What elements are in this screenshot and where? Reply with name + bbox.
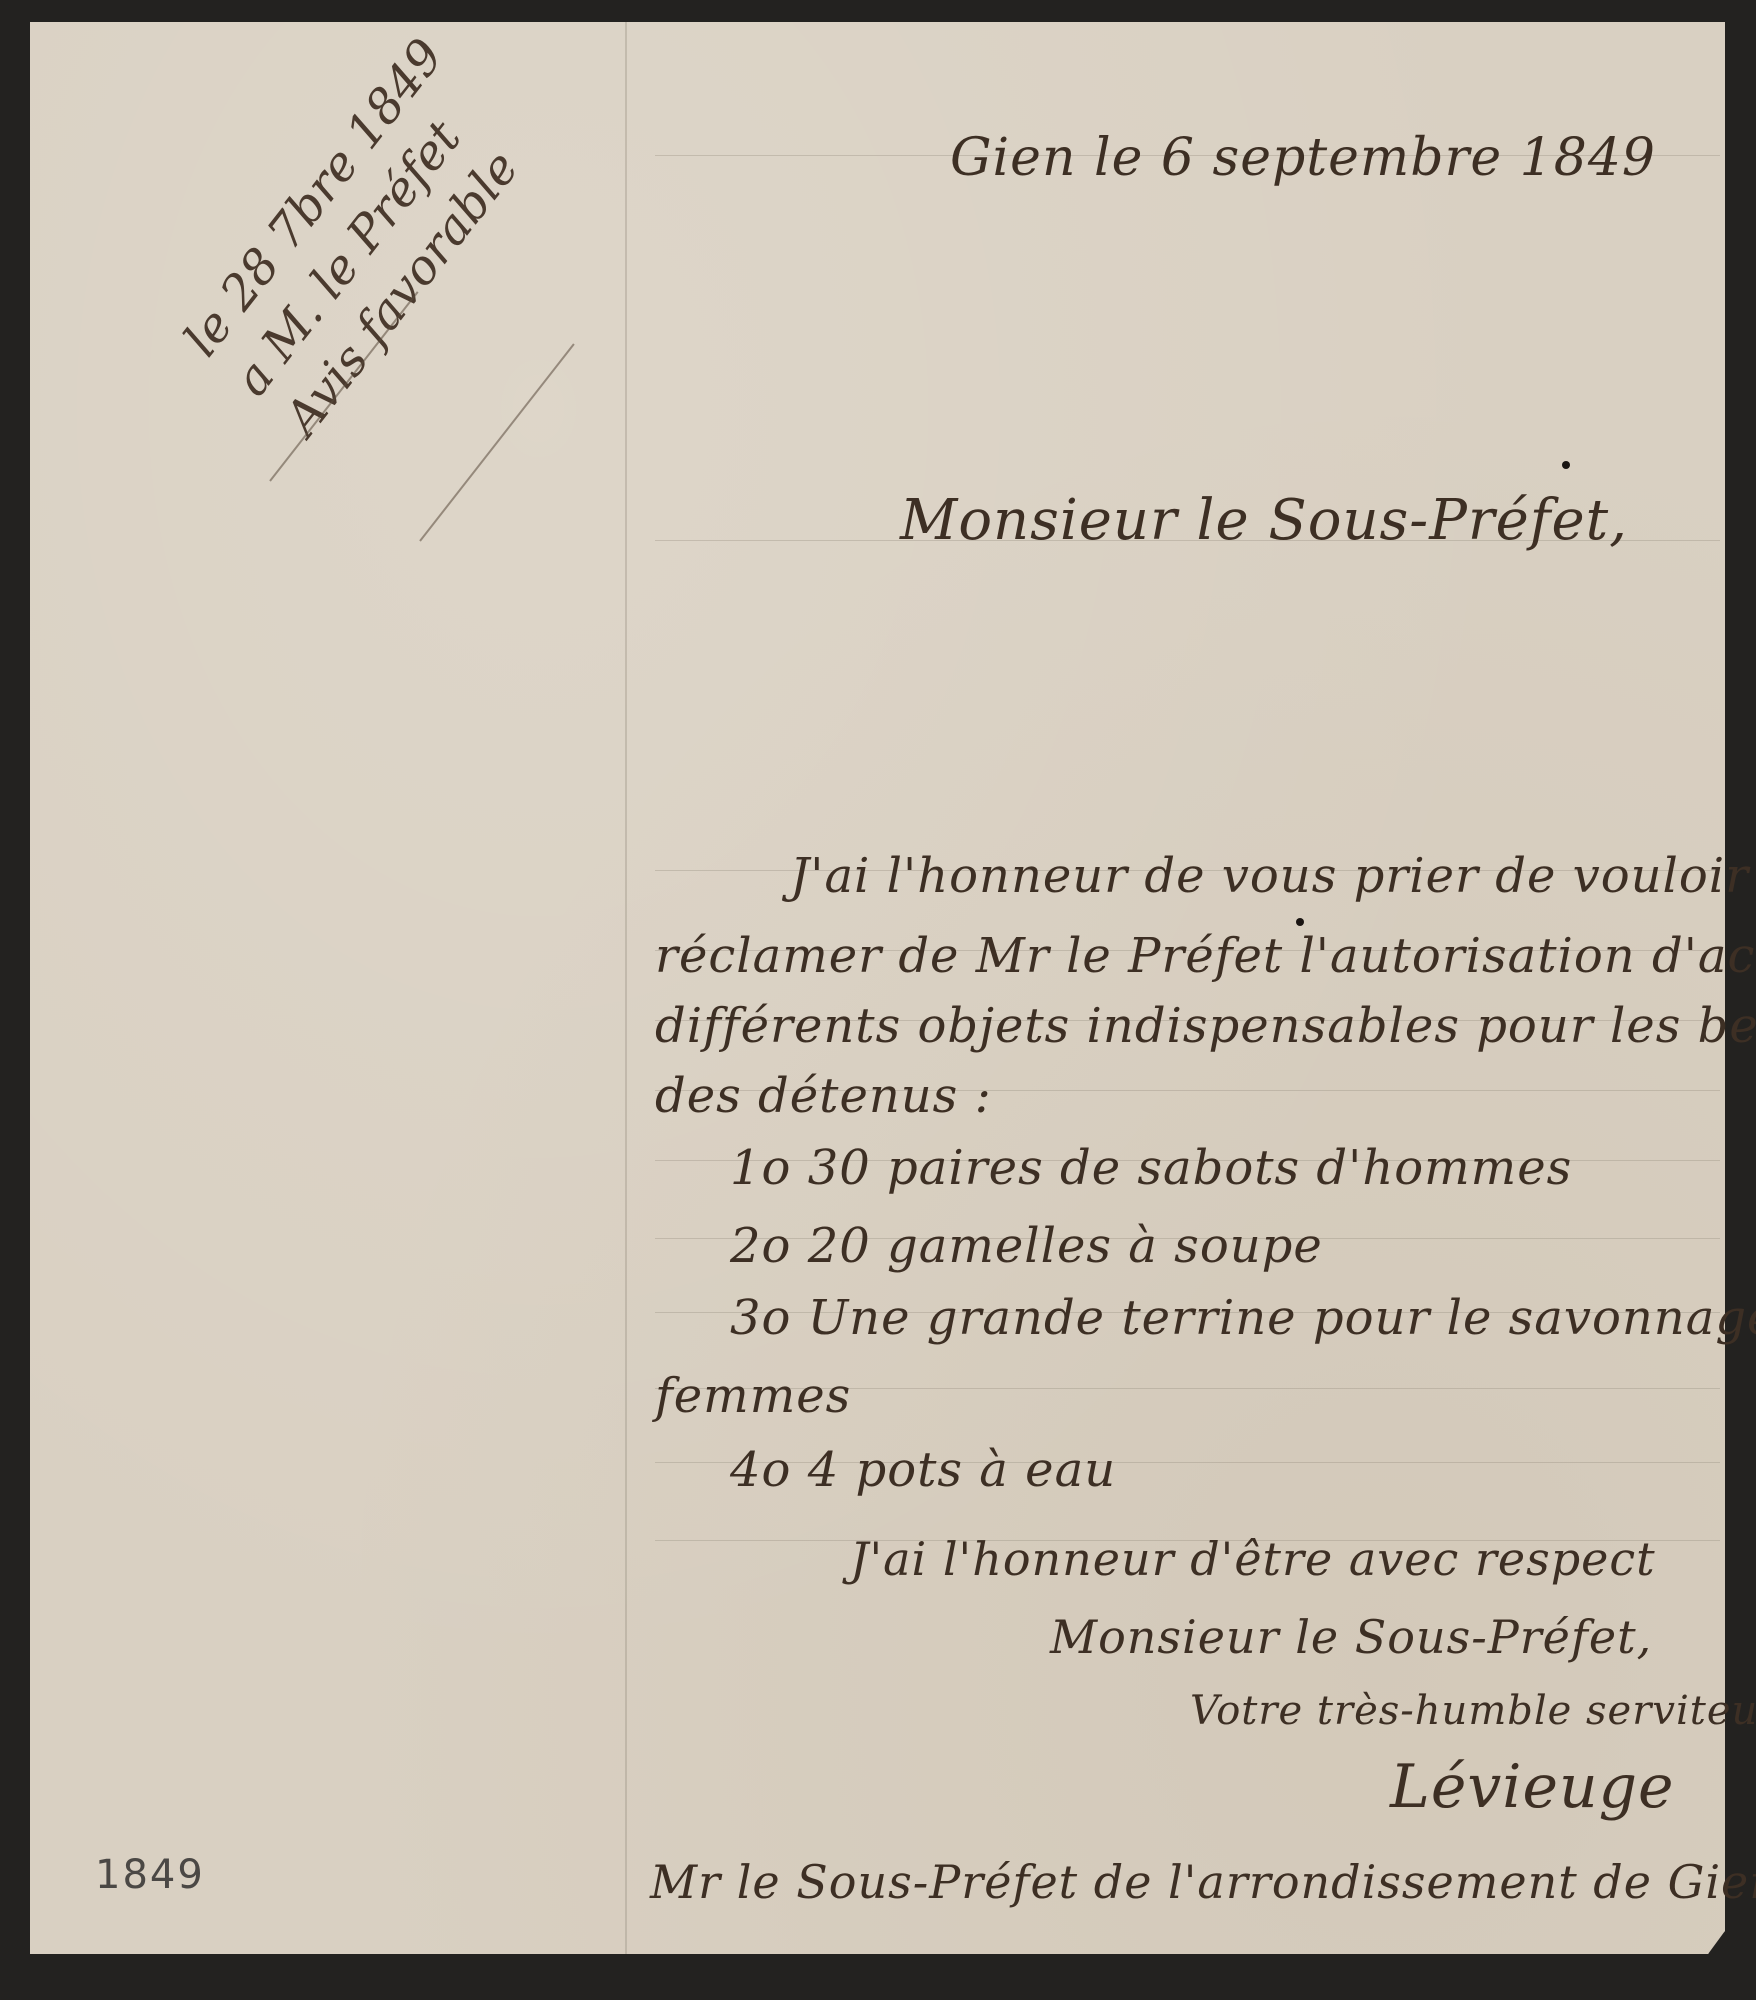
body-line: réclamer de Mr le Préfet l'autorisation … <box>655 928 1756 984</box>
addressee-line: Mr le Sous-Préfet de l'arrondissement de… <box>650 1855 1756 1909</box>
ink-dot <box>1296 918 1304 926</box>
closing-address: Monsieur le Sous-Préfet, <box>1050 1610 1652 1664</box>
list-item-2: 2o 20 gamelles à soupe <box>730 1218 1323 1274</box>
place-date: Gien le 6 septembre 1849 <box>950 128 1656 188</box>
body-line: J'ai l'honneur de vous prier de vouloir … <box>790 848 1756 904</box>
item-text: 20 gamelles à soupe <box>808 1218 1323 1274</box>
signature: Lévieuge <box>1390 1752 1675 1822</box>
item-number: 1o <box>730 1140 791 1196</box>
list-item-3: 3o Une grande terrine pour le savonnage … <box>730 1290 1756 1346</box>
item-text: Une grande terrine pour le savonnage des <box>808 1290 1756 1346</box>
ink-dot <box>1562 461 1570 469</box>
list-item-4: 4o 4 pots à eau <box>730 1442 1116 1498</box>
archive-pencil-mark: 1849 <box>95 1852 205 1898</box>
list-item-3-continuation: femmes <box>655 1368 851 1424</box>
margin-rule-line <box>625 22 627 1954</box>
body-line: des détenus : <box>655 1068 992 1124</box>
salutation: Monsieur le Sous-Préfet, <box>900 488 1628 553</box>
item-text: 4 pots à eau <box>808 1442 1116 1498</box>
item-text: 30 paires de sabots d'hommes <box>808 1140 1573 1196</box>
item-number: 4o <box>730 1442 791 1498</box>
body-line: différents objets indispensables pour le… <box>655 998 1756 1054</box>
list-item-1: 1o 30 paires de sabots d'hommes <box>730 1140 1572 1196</box>
closing-servant: Votre très-humble serviteur <box>1190 1688 1756 1734</box>
closing-formula: J'ai l'honneur d'être avec respect <box>850 1532 1656 1586</box>
item-number: 2o <box>730 1218 791 1274</box>
item-number: 3o <box>730 1290 791 1346</box>
